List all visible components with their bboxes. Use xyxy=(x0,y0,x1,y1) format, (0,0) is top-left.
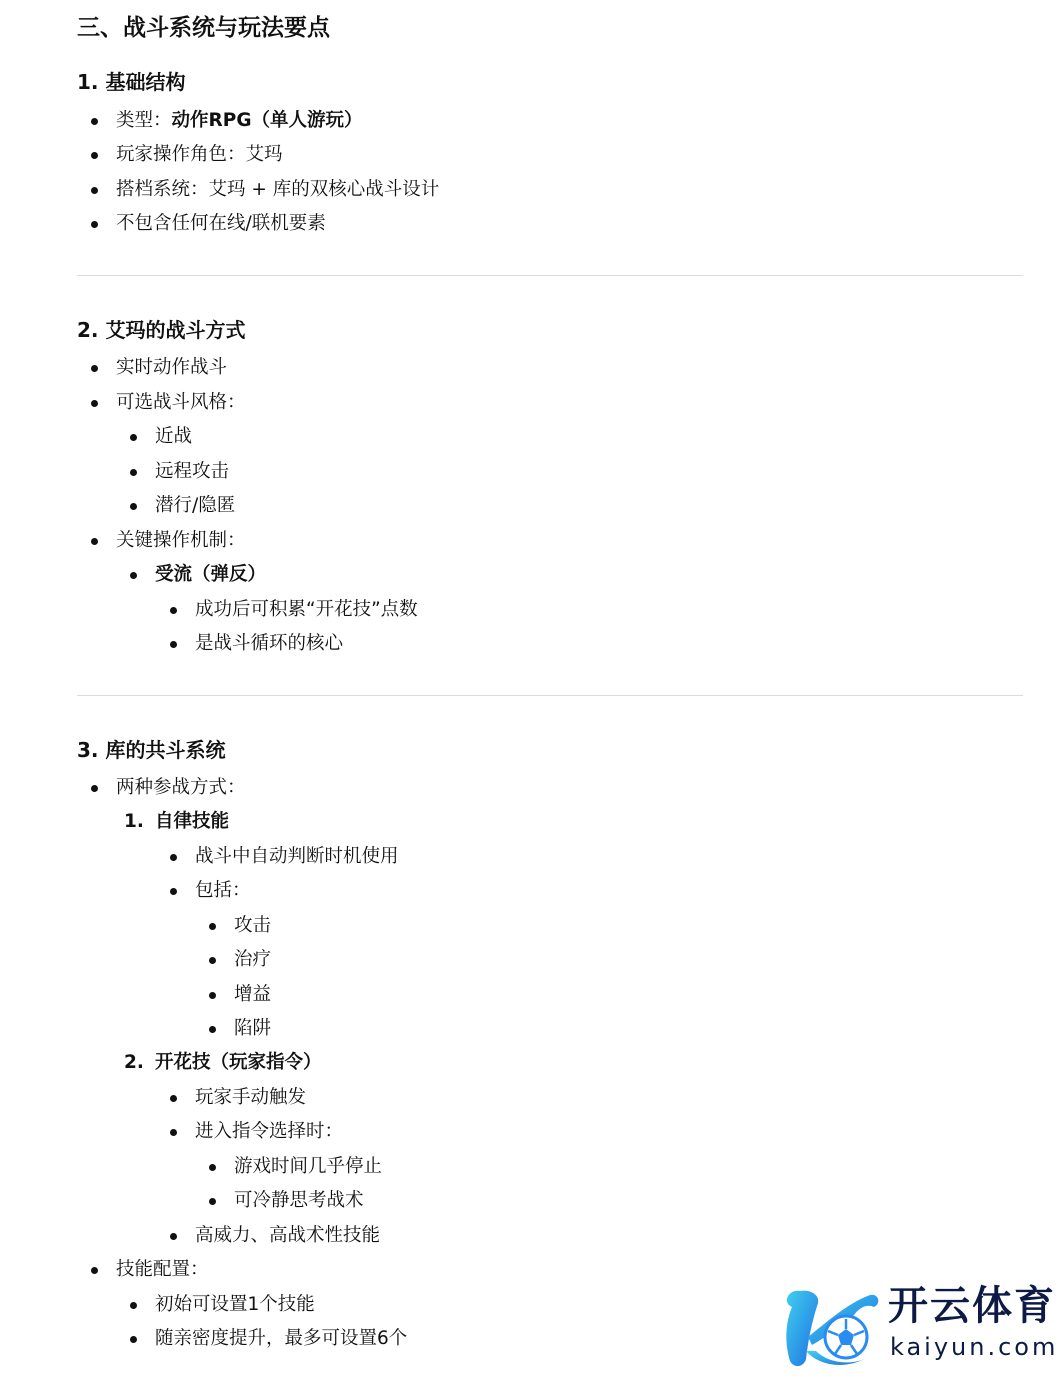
bullet-icon xyxy=(170,607,177,614)
bullet-icon xyxy=(170,1129,177,1136)
subsection-title-basic-structure: 1. 基础结构 xyxy=(77,68,185,96)
list-item: 陷阱 xyxy=(234,1016,271,1042)
bullet-icon xyxy=(91,118,98,125)
bullet-icon xyxy=(170,1233,177,1240)
list-item: 可冷静思考战术 xyxy=(234,1188,364,1214)
bullet-icon xyxy=(170,641,177,648)
bullet-icon xyxy=(209,1198,216,1205)
list-item: 进入指令选择时： xyxy=(195,1119,343,1145)
bullet-icon xyxy=(209,1026,216,1033)
bullet-icon xyxy=(91,187,98,194)
bullet-icon xyxy=(130,434,137,441)
bullet-icon xyxy=(209,992,216,999)
list-item: 潜行/隐匿 xyxy=(155,493,235,519)
list-item: 两种参战方式： xyxy=(116,775,246,801)
numbered-item: 2.开花技（玩家指令） xyxy=(155,1050,322,1076)
list-item: 初始可设置1个技能 xyxy=(155,1292,315,1318)
bullet-icon xyxy=(130,469,137,476)
bullet-icon xyxy=(209,923,216,930)
list-item: 不包含任何在线/联机要素 xyxy=(116,211,326,237)
divider xyxy=(77,695,1023,696)
section-title: 三、战斗系统与玩法要点 xyxy=(77,13,330,43)
list-item: 可选战斗风格： xyxy=(116,390,246,416)
brand-name-cn: 开云体育 xyxy=(888,1283,1056,1329)
bullet-icon xyxy=(170,888,177,895)
divider xyxy=(77,275,1023,276)
bullet-icon xyxy=(91,152,98,159)
watermark-logo: 开云体育 kaiyun.com xyxy=(778,1281,1058,1373)
bullet-icon xyxy=(170,1095,177,1102)
k-soccer-ball-icon xyxy=(778,1281,886,1373)
list-item: 实时动作战斗 xyxy=(116,355,227,381)
list-item: 搭档系统：艾玛 + 库的双核心战斗设计 xyxy=(116,177,439,203)
list-item: 技能配置： xyxy=(116,1257,209,1283)
bullet-icon xyxy=(209,1164,216,1171)
list-item: 受流（弹反） xyxy=(155,562,266,588)
bullet-icon xyxy=(130,1336,137,1343)
list-item: 游戏时间几乎停止 xyxy=(234,1154,382,1180)
list-item: 关键操作机制： xyxy=(116,528,246,554)
bullet-icon xyxy=(91,538,98,545)
list-item: 成功后可积累“开花技”点数 xyxy=(195,597,418,623)
list-item: 是战斗循环的核心 xyxy=(195,631,343,657)
bullet-icon xyxy=(91,785,98,792)
list-item: 高威力、高战术性技能 xyxy=(195,1223,380,1249)
bullet-icon xyxy=(130,1302,137,1309)
list-item: 类型：动作RPG（单人游玩） xyxy=(116,108,363,134)
bullet-icon xyxy=(91,400,98,407)
list-item: 玩家操作角色：艾玛 xyxy=(116,142,283,168)
numbered-item: 1.自律技能 xyxy=(155,809,229,835)
bullet-icon xyxy=(91,221,98,228)
list-item: 远程攻击 xyxy=(155,459,229,485)
subsection-title-emma-combat: 2. 艾玛的战斗方式 xyxy=(77,316,245,344)
list-item: 玩家手动触发 xyxy=(195,1085,306,1111)
list-item: 随亲密度提升，最多可设置6个 xyxy=(155,1326,407,1352)
bullet-icon xyxy=(130,572,137,579)
bullet-icon xyxy=(170,854,177,861)
bullet-icon xyxy=(130,503,137,510)
subsection-title-ku-co-op: 3. 库的共斗系统 xyxy=(77,736,225,764)
bullet-icon xyxy=(209,957,216,964)
list-item: 近战 xyxy=(155,424,192,450)
list-item: 包括： xyxy=(195,878,251,904)
brand-name-en: kaiyun.com xyxy=(890,1333,1058,1361)
bullet-icon xyxy=(91,365,98,372)
list-item: 战斗中自动判断时机使用 xyxy=(195,844,399,870)
list-item: 增益 xyxy=(234,982,271,1008)
list-item: 治疗 xyxy=(234,947,271,973)
bullet-icon xyxy=(91,1267,98,1274)
list-item: 攻击 xyxy=(234,913,271,939)
